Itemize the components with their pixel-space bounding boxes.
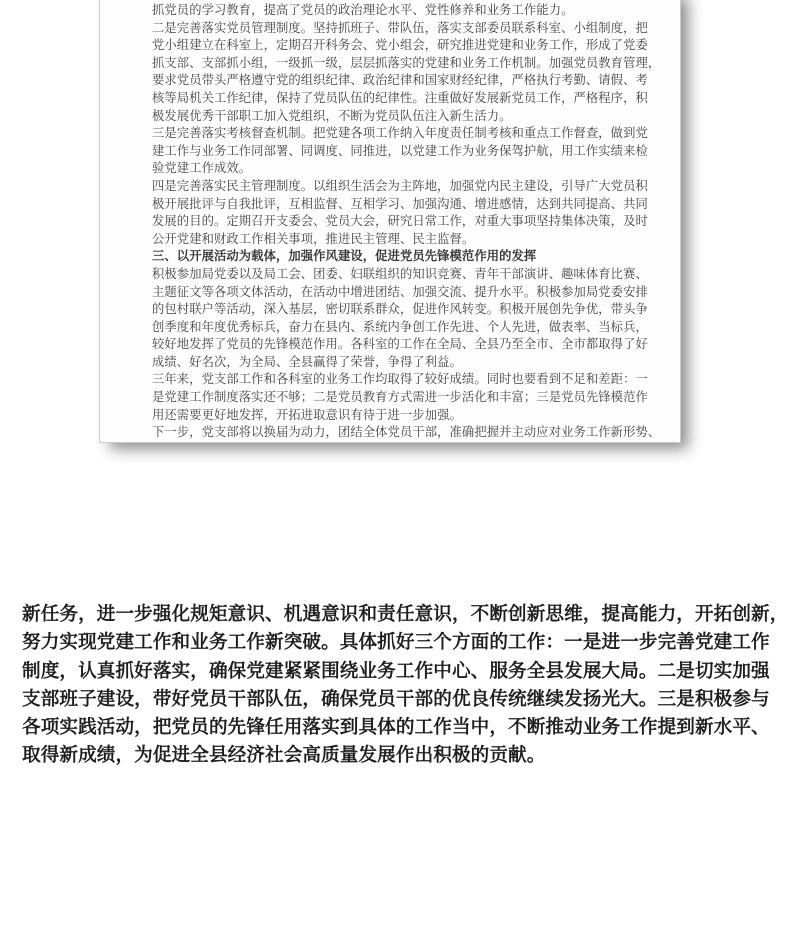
scanned-text-line: 抓党员的学习教育，提高了党员的政治理论水平、党性修养和业务工作能力。 bbox=[152, 2, 644, 20]
scanned-text-line: 的包村联户等活动，深入基层，密切联系群众，促进作风转变。积极开展创先争优，带头争 bbox=[152, 301, 644, 319]
scanned-text-line: 公开党建和财政工作相关事项，推进民主管理、民主监督。 bbox=[152, 231, 644, 249]
scanned-text-line: 四是完善落实民主管理制度。以组织生活会为主阵地，加强党内民主建设，引导广大党员积 bbox=[152, 178, 644, 196]
scanned-text-line: 核等局机关工作纪律，保持了党员队伍的纪律性。注重做好发展新党员工作，严格程序，积 bbox=[152, 90, 644, 108]
scanned-text-line: 建工作与业务工作同部署、同调度、同推进，以党建工作为业务保驾护航，用工作实绩来检 bbox=[152, 143, 644, 161]
article-text-line: 制度，认真抓好落实，确保党建紧紧围绕业务工作中心、服务全县发展大局。二是切实加强 bbox=[22, 657, 794, 685]
scanned-text-line: 极发展优秀干部职工加入党组织，不断为党员队伍注入新生活力。 bbox=[152, 108, 644, 126]
scanned-text-line: 要求党员带头严格遵守党的组织纪律、政治纪律和国家财经纪律，严格执行考勤、请假、考 bbox=[152, 72, 644, 90]
article-text-line: 努力实现党建工作和业务工作新突破。具体抓好三个方面的工作：一是进一步完善党建工作 bbox=[22, 628, 794, 656]
scanned-text-line: 发展的目的。定期召开支委会、党员大会，研究日常工作，对重大事项坚持集体决策，及时 bbox=[152, 213, 644, 231]
article-text-line: 各项实践活动，把党员的先锋任用落实到具体的工作当中，不断推动业务工作提到新水平、 bbox=[22, 713, 794, 741]
article-text-line: 取得新成绩，为促进全县经济社会高质量发展作出积极的贡献。 bbox=[22, 741, 794, 769]
article-text-line: 新任务，进一步强化规矩意识、机遇意识和责任意识，不断创新思维，提高能力，开拓创新… bbox=[22, 600, 794, 628]
scanned-text-line: 用还需要更好地发挥，开拓进取意识有待于进一步加强。 bbox=[152, 407, 644, 425]
scanned-text-line: 创季度和年度优秀标兵，奋力在县内、系统内争创工作先进、个人先进，做表率、当标兵， bbox=[152, 319, 644, 337]
scanned-text-line: 验党建工作成效。 bbox=[152, 160, 644, 178]
scanned-text-line: 下一步，党支部将以换届为动力，团结全体党员干部，准确把握并主动应对业务工作新形势… bbox=[152, 424, 644, 442]
scanned-text-line: 积极参加局党委以及局工会、团委、妇联组织的知识竞赛、青年干部演讲、趣味体育比赛、 bbox=[152, 266, 644, 284]
article-paragraph: 新任务，进一步强化规矩意识、机遇意识和责任意识，不断创新思维，提高能力，开拓创新… bbox=[22, 600, 794, 770]
scanned-document-text: 抓党员的学习教育，提高了党员的政治理论水平、党性修养和业务工作能力。二是完善落实… bbox=[100, 0, 680, 442]
scanned-document-page: 抓党员的学习教育，提高了党员的政治理论水平、党性修养和业务工作能力。二是完善落实… bbox=[99, 0, 681, 443]
article-text-line: 支部班子建设，带好党员干部队伍，确保党员干部的优良传统继续发扬光大。三是积极参与 bbox=[22, 685, 794, 713]
scanned-text-line: 成绩、好名次，为全局、全县赢得了荣誉，争得了利益。 bbox=[152, 354, 644, 372]
scanned-text-line: 三、以开展活动为载体，加强作风建设，促进党员先锋模范作用的发挥 bbox=[152, 248, 644, 266]
scanned-text-line: 主题征文等各项文体活动，在活动中增进团结、加强交流、提升水平。积极参加局党委安排 bbox=[152, 284, 644, 302]
scanned-text-line: 是党建工作制度落实还不够；二是党员教育方式需进一步活化和丰富；三是党员先锋模范作 bbox=[152, 389, 644, 407]
scanned-text-line: 极开展批评与自我批评，互相监督、互相学习、加强沟通、增进感情，达到共同提高、共同 bbox=[152, 196, 644, 214]
scanned-text-line: 三是完善落实考核督查机制。把党建各项工作纳入年度责任制考核和重点工作督查，做到党 bbox=[152, 125, 644, 143]
scanned-text-line: 抓支部、支部抓小组，一级抓一级，层层抓落实的党建和业务工作机制。加强党员教育管理… bbox=[152, 55, 644, 73]
scanned-text-line: 二是完善落实党员管理制度。坚持抓班子、带队伍，落实支部委员联系科室、小组制度，把 bbox=[152, 20, 644, 38]
scanned-text-line: 三年来，党支部工作和各科室的业务工作均取得了较好成绩。同时也要看到不足和差距：一 bbox=[152, 371, 644, 389]
scanned-text-line: 党小组建立在科室上，定期召开科务会、党小组会，研究推进党建和业务工作，形成了党委 bbox=[152, 37, 644, 55]
scanned-text-line: 较好地发挥了党员的先锋模范作用。各科室的工作在全局、全县乃至全市、全市都取得了好 bbox=[152, 336, 644, 354]
